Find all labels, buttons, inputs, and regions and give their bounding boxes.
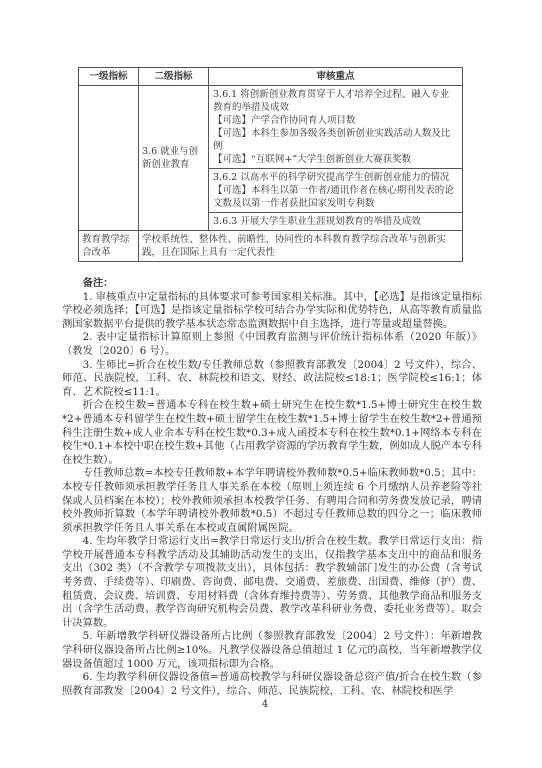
review-line: 3.6.1 将创新创业教育贯穿于人才培养全过程、融入专业教育的举措及成效	[213, 88, 458, 114]
table-row-36: 3.6 就业与创新创业教育 3.6.1 将创新创业教育贯穿于人才培养全过程、融入…	[79, 86, 463, 231]
header-level1-indicator: 一级指标	[79, 68, 139, 86]
review-line: 【可选】“互联网+”大学生创新创业大赛获奖数	[213, 153, 458, 166]
page-number: 4	[0, 698, 530, 710]
header-review-points: 审核重点	[209, 68, 463, 86]
cell-level1-reform: 教育教学综合改革	[79, 231, 139, 262]
cell-level1-empty	[79, 86, 139, 231]
review-line: 3.6.2 以高水平的科学研究提高学生创新创业能力的情况	[213, 171, 458, 184]
review-block-362: 3.6.2 以高水平的科学研究提高学生创新创业能力的情况 【可选】本科生以第一作…	[209, 169, 462, 213]
note-paragraph-3a: 折合在校生数=普通本专科在校生数+硕士研究生在校生数*1.5+博士研究生在校生数…	[62, 399, 482, 467]
cell-level2-36: 3.6 就业与创新创业教育	[139, 86, 209, 231]
review-block-363: 3.6.3 开展大学生职业生涯规划教育的举措及成效	[209, 213, 462, 230]
review-line: 【可选】产学合作协同育人项目数	[213, 114, 458, 127]
notes-title: 备注：	[62, 277, 482, 291]
document-page: 一级指标 二级指标 审核重点 3.6 就业与创新创业教育 3.6.1 将创新创业…	[0, 0, 542, 768]
notes-section: 备注： 1. 审核重点中定量指标的具体要求可参考国家相关标准。其中，【必选】是指…	[62, 277, 482, 698]
note-paragraph-3: 3. 生师比=折合在校生数/专任教师总数（参照教育部教发〔2004〕2 号文件）…	[62, 359, 482, 400]
cell-review-points-36: 3.6.1 将创新创业教育贯穿于人才培养全过程、融入专业教育的举措及成效 【可选…	[209, 86, 463, 231]
note-paragraph-5: 5. 年新增教学科研仪器设备所占比例（参照教育部教发〔2004〕2 号文件）：年…	[62, 630, 482, 671]
note-paragraph-2: 2. 表中定量指标计算原则上参照《中国教育监测与评价统计指标体系（2020 年版…	[62, 331, 482, 358]
review-line: 【可选】本科生以第一作者/通讯作者在核心期刊发表的论文数及以第一作者获批国家发明…	[213, 184, 458, 210]
review-line: 【可选】本科生参加各级各类创新创业实践活动人数及比例	[213, 127, 458, 153]
note-paragraph-3b: 专任教师总数=本校专任教师数+本学年聘请校外教师数*0.5+临床教师数*0.5；…	[62, 467, 482, 535]
table-header-row: 一级指标 二级指标 审核重点	[79, 68, 463, 86]
table-row-reform: 教育教学综合改革 学校系统性、整体性、前瞻性、协同性的本科教育教学综合改革与创新…	[79, 231, 463, 262]
review-line: 3.6.3 开展大学生职业生涯规划教育的举措及成效	[213, 215, 458, 228]
note-paragraph-1: 1. 审核重点中定量指标的具体要求可参考国家相关标准。其中，【必选】是指该定量指…	[62, 291, 482, 332]
note-paragraph-6: 6. 生均教学科研仪器设备值=普通高校教学与科研仪器设备总资产值/折合在校生数（…	[62, 671, 482, 698]
header-level2-indicator: 二级指标	[139, 68, 209, 86]
indicator-table: 一级指标 二级指标 审核重点 3.6 就业与创新创业教育 3.6.1 将创新创业…	[78, 67, 463, 262]
review-block-361: 3.6.1 将创新创业教育贯穿于人才培养全过程、融入专业教育的举措及成效 【可选…	[209, 86, 462, 169]
note-paragraph-4: 4. 生均年教学日常运行支出=教学日常运行支出/折合在校生数。教学日常运行支出：…	[62, 535, 482, 630]
cell-reform-content: 学校系统性、整体性、前瞻性、协同性的本科教育教学综合改革与创新实践，且在国际上具…	[139, 231, 463, 262]
